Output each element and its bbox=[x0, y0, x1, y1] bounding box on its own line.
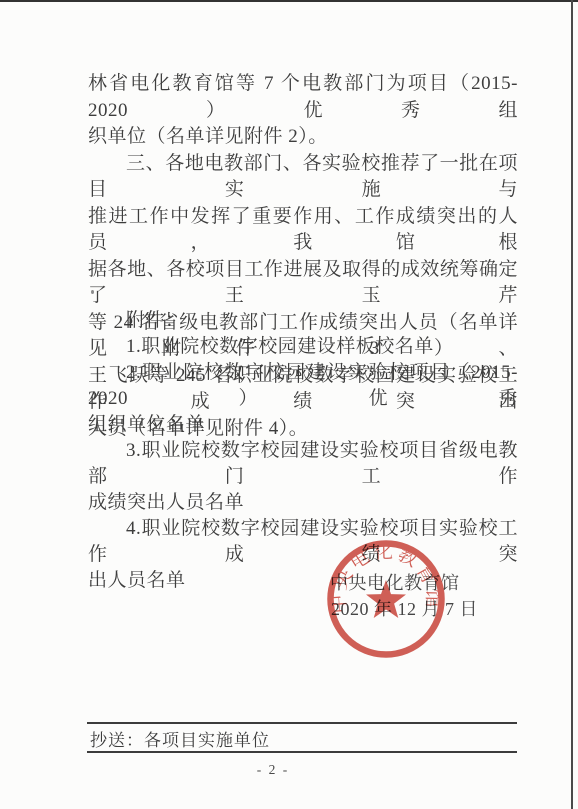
attachment-line: 成绩突出人员名单 bbox=[88, 490, 518, 516]
body-line: 三、各地电教部门、各实验校推荐了一批在项目实施与 bbox=[88, 151, 518, 204]
signature-date: 2020 年 12 月 7 日 bbox=[331, 595, 478, 621]
footer-rule bbox=[87, 751, 517, 753]
signature-organization: 中央电化教育馆 bbox=[330, 569, 460, 595]
scan-top-edge bbox=[0, 0, 578, 2]
attachment-line: 3.职业院校数字校园建设实验校项目省级电教部门工作 bbox=[88, 438, 518, 490]
attachments-heading: 附件： bbox=[88, 308, 518, 334]
attachment-line: 2.职业院校数字校园建设实验校项目（2015-2020）优秀 bbox=[88, 360, 518, 412]
ink-speck bbox=[91, 290, 94, 294]
attachment-line: 1.职业院校数字校园建设样板校名单 bbox=[88, 334, 518, 360]
body-line: 据各地、各校项目工作进展及取得的成效统筹确定了王玉芹 bbox=[88, 257, 518, 310]
footer-rule bbox=[87, 722, 517, 724]
footer-cc-line: 抄送：各项目实施单位 bbox=[90, 726, 510, 751]
attachments-list: 附件： 1.职业院校数字校园建设样板校名单 2.职业院校数字校园建设实验校项目（… bbox=[88, 308, 518, 594]
body-line: 织单位（名单详见附件 2）。 bbox=[88, 124, 518, 151]
attachment-line: 组织单位名单 bbox=[88, 412, 518, 438]
page-number: - 2 - bbox=[88, 762, 458, 778]
body-line: 推进工作中发挥了重要作用、工作成绩突出的人员，我馆根 bbox=[88, 204, 518, 257]
body-line: 林省电化教育馆等 7 个电教部门为项目（2015-2020）优秀组 bbox=[88, 71, 518, 124]
scan-right-edge bbox=[571, 0, 573, 809]
attachment-line: 4.职业院校数字校园建设实验校项目实验校工作成绩突 bbox=[88, 516, 518, 568]
document-page: 林省电化教育馆等 7 个电教部门为项目（2015-2020）优秀组 织单位（名单… bbox=[0, 0, 578, 809]
